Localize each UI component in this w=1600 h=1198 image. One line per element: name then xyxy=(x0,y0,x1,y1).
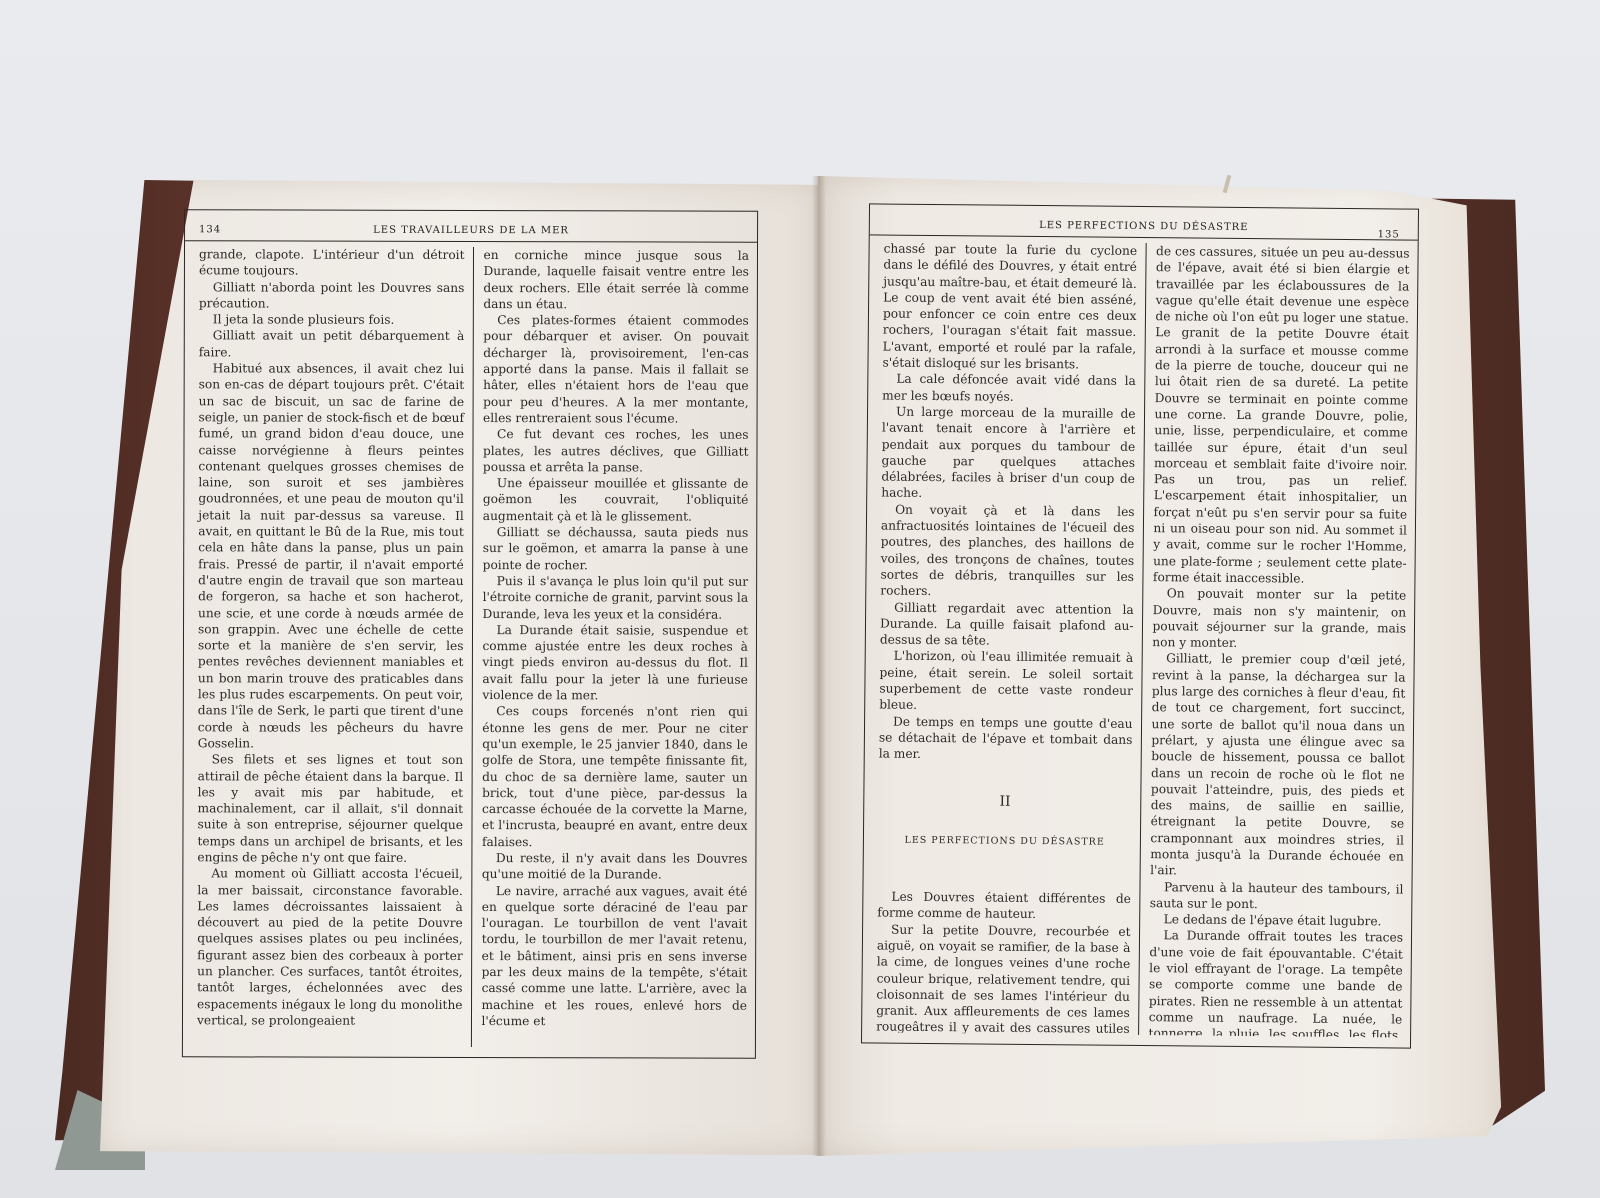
paragraph: L'horizon, où l'eau illimitée remuait à … xyxy=(879,648,1133,716)
paragraph: La Durande offrait toutes les traces d'u… xyxy=(1148,928,1403,1038)
section-number: II xyxy=(878,792,1132,811)
section-title: LES PERFECTIONS DU DÉSASTRE xyxy=(878,832,1132,851)
paragraph: Gilliatt se déchaussa, sauta pieds nus s… xyxy=(483,524,749,574)
left-column-2: en corniche mince jusque sous la Durande… xyxy=(470,247,757,1048)
paragraph: Parvenu à la hauteur des tambours, il sa… xyxy=(1150,879,1404,914)
paragraph: Ce fut devant ces roches, les unes plate… xyxy=(483,426,749,476)
paragraph: grande, clapote. L'intérieur d'un détroi… xyxy=(199,246,465,279)
right-running-head: LES PERFECTIONS DU DÉSASTRE 135 xyxy=(870,212,1418,240)
paragraph: Les Douvres étaient différentes de forme… xyxy=(877,889,1131,924)
paragraph: Ces coups forcenés n'ont rien qui étonne… xyxy=(482,703,748,850)
paragraph: Gilliatt regardait avec attention la Dur… xyxy=(880,599,1134,650)
paragraph: Il jeta la sonde plusieurs fois. xyxy=(199,311,465,328)
paragraph: Gilliatt avait un petit débarquement à f… xyxy=(199,328,465,361)
right-page-text-frame: LES PERFECTIONS DU DÉSASTRE 135 chassé p… xyxy=(861,203,1419,1048)
right-running-title: LES PERFECTIONS DU DÉSASTRE xyxy=(870,218,1418,234)
paragraph: La cale défoncée avait vidé dans la mer … xyxy=(882,371,1136,406)
left-column-1: grande, clapote. L'intérieur d'un détroi… xyxy=(183,246,473,1047)
paragraph: Un large morceau de la muraille de l'ava… xyxy=(881,403,1135,503)
paragraph: chassé par toute la furie du cyclone dan… xyxy=(882,241,1137,374)
paragraph: Du reste, il n'y avait dans les Douvres … xyxy=(482,850,748,883)
book-gutter xyxy=(812,176,826,1156)
paragraph: Au moment où Gilliatt accosta l'écueil, … xyxy=(197,866,463,1030)
paragraph: La Durande était saisie, suspendue et co… xyxy=(482,622,748,704)
right-column-1: chassé par toute la furie du cyclone dan… xyxy=(862,240,1145,1035)
paragraph: de ces cassures, située un peu au-dessus… xyxy=(1153,243,1410,588)
paragraph: Habitué aux absences, il avait chez lui … xyxy=(198,360,465,752)
left-page-text-frame: 134 LES TRAVAILLEURS DE LA MER grande, c… xyxy=(182,209,758,1058)
paragraph: en corniche mince jusque sous la Durande… xyxy=(483,247,749,313)
paragraph: Le navire, arraché aux vagues, avait été… xyxy=(481,883,747,1030)
paragraph: Ses filets et ses lignes et tout son att… xyxy=(197,751,463,866)
paragraph: De temps en temps une goutte d'eau se dé… xyxy=(879,713,1133,764)
paragraph: On pouvait monter sur la petite Douvre, … xyxy=(1152,585,1406,653)
paragraph: Une épaisseur mouillée et glissante de g… xyxy=(483,475,749,525)
left-running-title: LES TRAVAILLEURS DE LA MER xyxy=(185,224,757,236)
paragraph: Ces plates-formes étaient commodes pour … xyxy=(483,312,749,427)
paragraph: Sur la petite Douvre, recourbée et aiguë… xyxy=(876,921,1131,1035)
paragraph: On voyait çà et là dans les anfractuosit… xyxy=(880,501,1134,601)
paragraph: Puis il s'avança le plus loin qu'il put … xyxy=(483,573,749,623)
right-page-number: 135 xyxy=(1378,229,1400,240)
right-column-2: de ces cassures, située un peu au-dessus… xyxy=(1138,243,1418,1038)
paragraph: Gilliatt n'aborda point les Douvres sans… xyxy=(199,279,465,312)
paragraph: Gilliatt, le premier coup d'œil jeté, re… xyxy=(1150,651,1406,882)
left-running-head: 134 LES TRAVAILLEURS DE LA MER xyxy=(185,218,757,242)
